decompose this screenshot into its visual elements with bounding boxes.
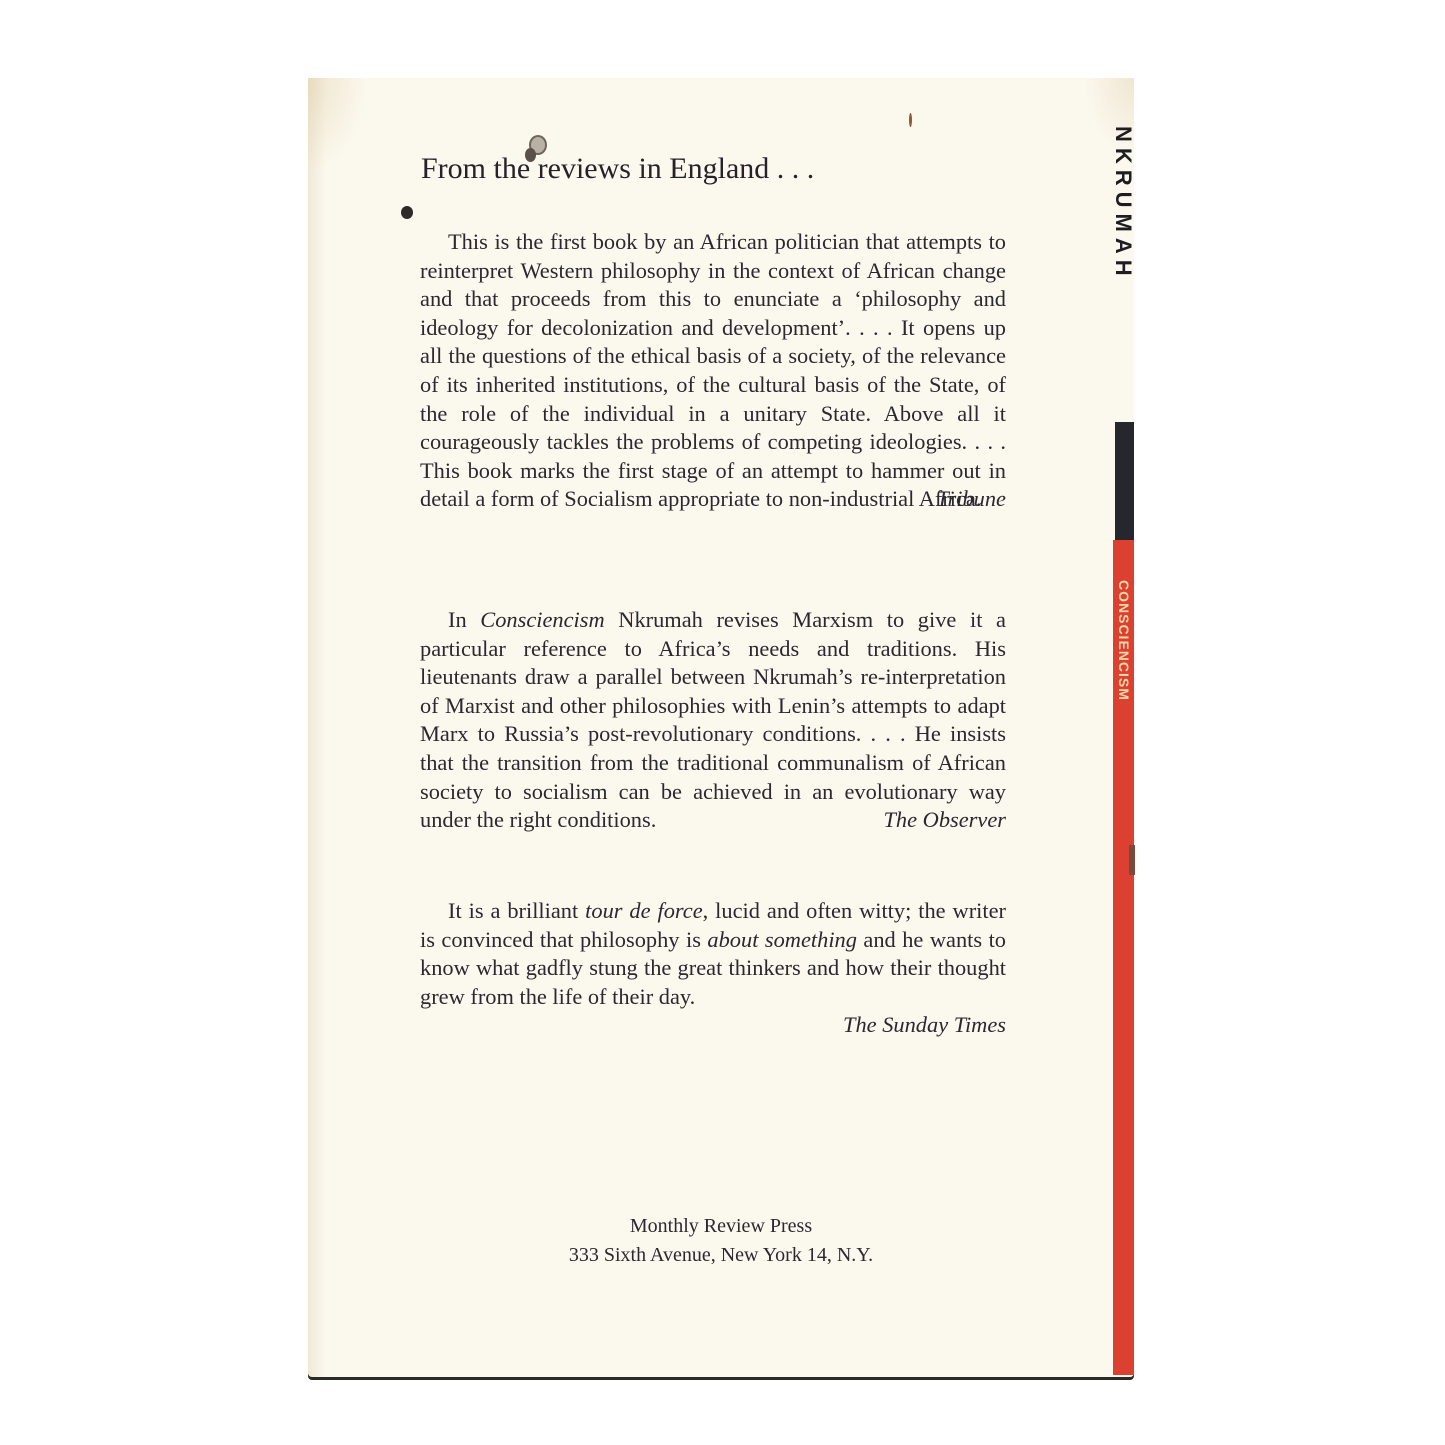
spine-dark-band <box>1115 422 1134 540</box>
stain-mark <box>401 206 413 219</box>
stain-mark <box>909 113 912 127</box>
spine-wrap: NKRUMAH CONSCIENCISM <box>1113 78 1134 1375</box>
spine-red-band: CONSCIENCISM <box>1113 540 1134 1375</box>
review-text: It is a brilliant tour de force, lucid a… <box>420 897 1006 1011</box>
publisher-logo-icon <box>1129 845 1135 875</box>
review-observer: In Consciencism Nkrumah revises Marxism … <box>420 606 1006 835</box>
book-back-cover: From the reviews in England . . . This i… <box>308 78 1134 1377</box>
review-source: The Sunday Times <box>420 1011 1006 1040</box>
spine-title: CONSCIENCISM <box>1115 580 1132 830</box>
page-heading: From the reviews in England . . . <box>421 152 814 186</box>
spine-cream-band: NKRUMAH <box>1113 78 1134 422</box>
publisher-name: Monthly Review Press <box>308 1212 1134 1241</box>
publisher-imprint: Monthly Review Press 333 Sixth Avenue, N… <box>308 1212 1134 1270</box>
spine-author: NKRUMAH <box>1115 126 1132 416</box>
review-sunday-times: It is a brilliant tour de force, lucid a… <box>420 897 1006 1040</box>
review-text: In Consciencism Nkrumah revises Marxism … <box>420 606 1006 835</box>
review-text: This is the first book by an African pol… <box>420 228 1006 514</box>
publisher-address: 333 Sixth Avenue, New York 14, N.Y. <box>308 1241 1134 1270</box>
review-tribune: This is the first book by an African pol… <box>420 228 1006 514</box>
